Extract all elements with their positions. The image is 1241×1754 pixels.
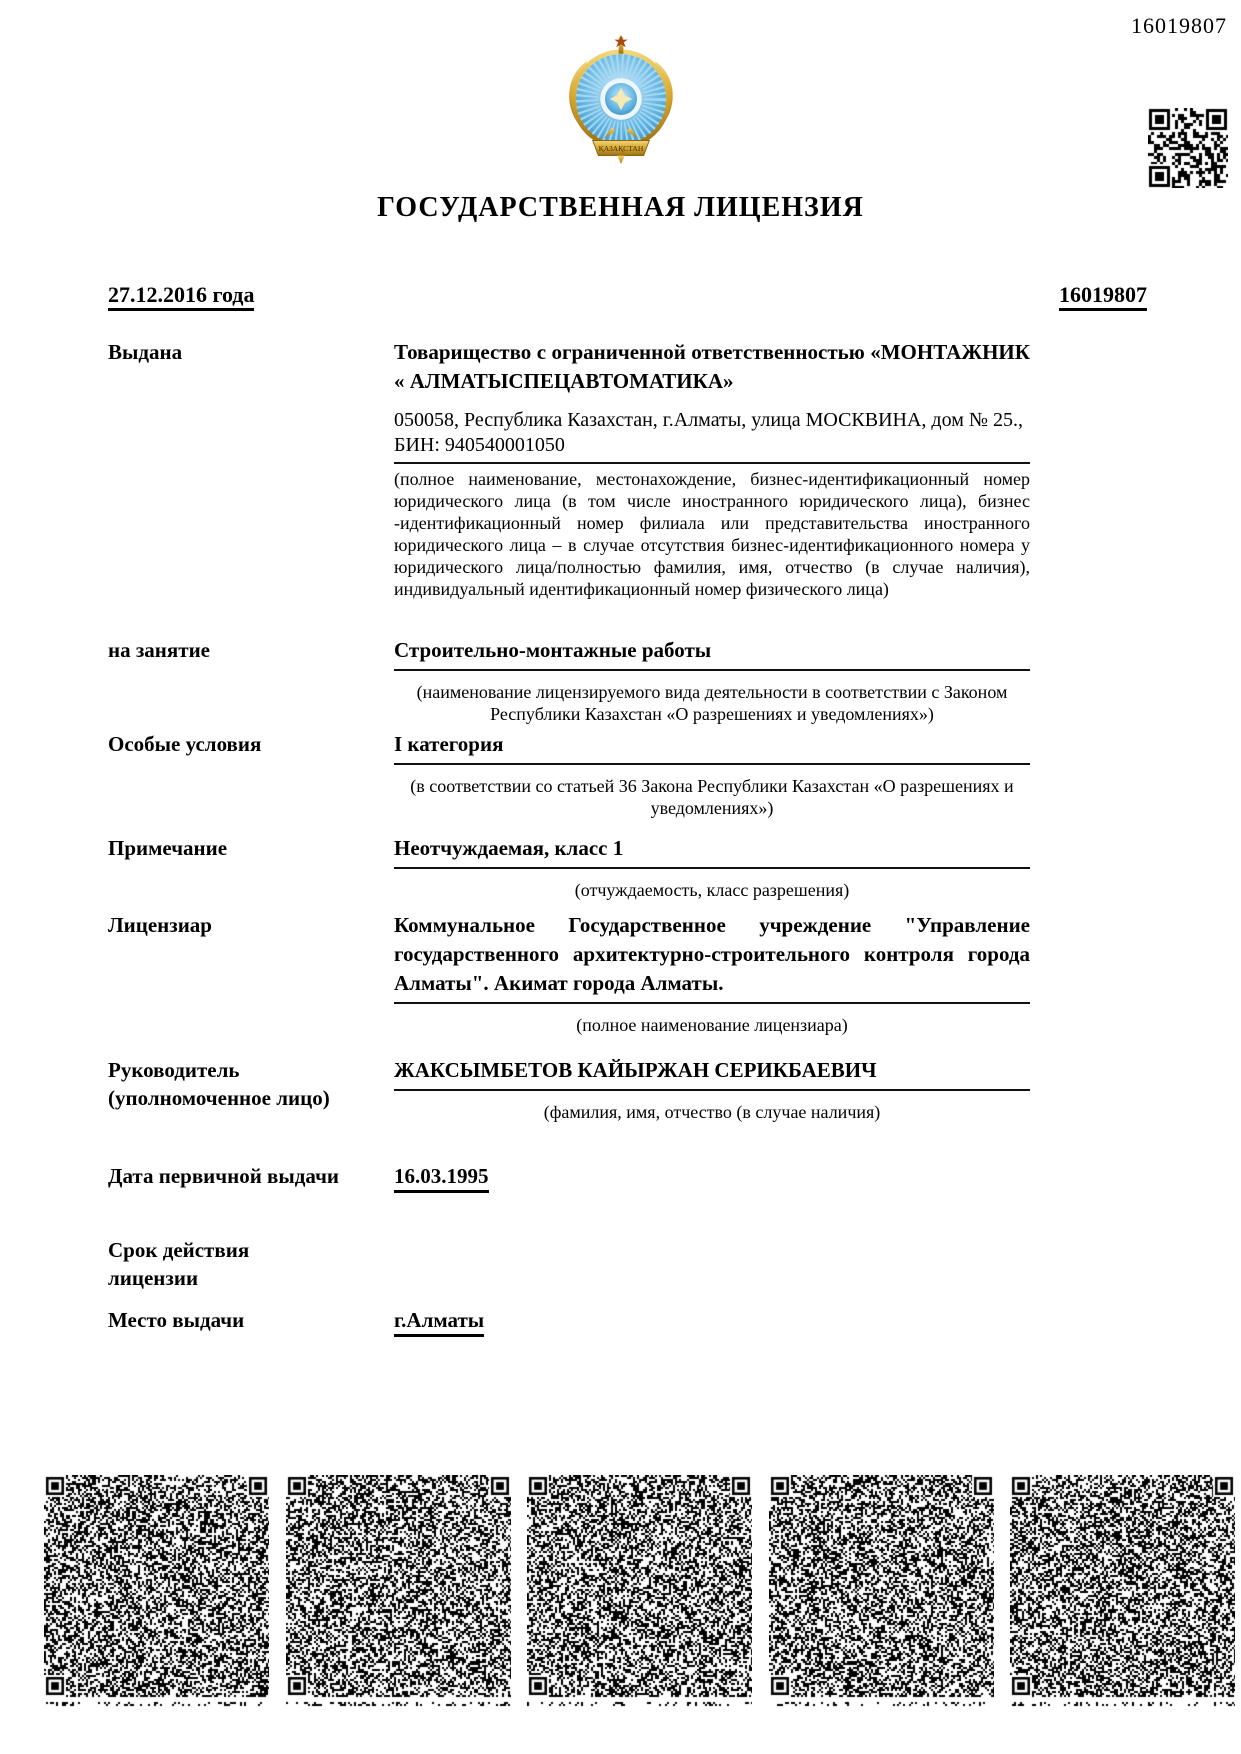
field-row-issue-place: Место выдачи г.Алматы bbox=[108, 1306, 1030, 1337]
field-note-issued-to: (полное наименование, местонахождение, б… bbox=[394, 468, 1030, 600]
field-note-activity: (наименование лицензируемого вида деятел… bbox=[394, 681, 1030, 725]
issue-date: 27.12.2016 года bbox=[108, 282, 254, 311]
first-issue-date-value: 16.03.1995 bbox=[394, 1162, 489, 1193]
divider-line bbox=[394, 462, 1030, 464]
licensee-address-line2: БИН: 940540001050 bbox=[394, 433, 1030, 458]
emblem-banner-text: ҚАЗАҚСТАН bbox=[599, 144, 644, 153]
field-label-activity: на занятие bbox=[108, 636, 394, 725]
field-row-head: Руководитель (уполномоченное лицо) ЖАКСЫ… bbox=[108, 1056, 1030, 1123]
field-note-licensor: (полное наименование лицензиара) bbox=[394, 1014, 1030, 1036]
licensee-address-line1: 050058, Республика Казахстан, г.Алматы, … bbox=[394, 408, 1030, 433]
barcode-block-icon bbox=[44, 1475, 269, 1707]
field-label-first-issue-date: Дата первичной выдачи bbox=[108, 1162, 394, 1193]
field-row-validity: Срок действия лицензии bbox=[108, 1236, 1030, 1292]
kazakhstan-coat-of-arms-icon: ҚАЗАҚСТАН bbox=[555, 33, 687, 165]
barcode-block-icon bbox=[286, 1475, 511, 1707]
document-number-top: 16019807 bbox=[1131, 13, 1227, 39]
field-label-licensor: Лицензиар bbox=[108, 911, 394, 1036]
qr-code-icon bbox=[1148, 108, 1228, 188]
field-row-first-issue-date: Дата первичной выдачи 16.03.1995 bbox=[108, 1162, 1030, 1193]
barcode-block-icon bbox=[1010, 1475, 1235, 1707]
field-note-head: (фамилия, имя, отчество (в случае наличи… bbox=[394, 1101, 1030, 1123]
barcode-block-icon bbox=[527, 1475, 752, 1707]
licensor-value: Коммунальное Государственное учреждение … bbox=[394, 911, 1030, 998]
issue-place-value: г.Алматы bbox=[394, 1306, 484, 1337]
field-label-issue-place: Место выдачи bbox=[108, 1306, 394, 1337]
document-title: ГОСУДАРСТВЕННАЯ ЛИЦЕНЗИЯ bbox=[0, 192, 1241, 224]
field-label-head: Руководитель (уполномоченное лицо) bbox=[108, 1056, 394, 1123]
license-document: 16019807 ҚАЗАҚСТАН ГОСУДАРСТВЕННАЯ ЛИЦЕН… bbox=[0, 0, 1241, 1754]
divider-line bbox=[394, 1002, 1030, 1004]
divider-line bbox=[394, 867, 1030, 869]
barcode-block-icon bbox=[769, 1475, 994, 1707]
field-row-special-conditions: Особые условия I категория (в соответств… bbox=[108, 730, 1030, 819]
license-number: 16019807 bbox=[1059, 282, 1147, 311]
licensee-name: Товарищество с ограниченной ответственно… bbox=[394, 338, 1030, 396]
field-row-issued-to: Выдана Товарищество с ограниченной ответ… bbox=[108, 338, 1030, 600]
field-note-special-conditions: (в соответствии со статьей 36 Закона Рес… bbox=[394, 775, 1030, 819]
field-label-remark: Примечание bbox=[108, 834, 394, 901]
field-label-special-conditions: Особые условия bbox=[108, 730, 394, 819]
divider-line bbox=[394, 763, 1030, 765]
field-row-licensor: Лицензиар Коммунальное Государственное у… bbox=[108, 911, 1030, 1036]
remark-value: Неотчуждаемая, класс 1 bbox=[394, 834, 1030, 863]
field-label-validity: Срок действия лицензии bbox=[108, 1236, 278, 1292]
divider-line bbox=[394, 1089, 1030, 1091]
field-row-remark: Примечание Неотчуждаемая, класс 1 (отчуж… bbox=[108, 834, 1030, 901]
barcode-row bbox=[44, 1475, 1235, 1707]
head-name: ЖАКСЫМБЕТОВ КАЙЫРЖАН СЕРИКБАЕВИЧ bbox=[394, 1056, 1030, 1085]
field-note-remark: (отчуждаемость, класс разрешения) bbox=[394, 879, 1030, 901]
special-conditions-value: I категория bbox=[394, 730, 1030, 759]
field-label-issued-to: Выдана bbox=[108, 338, 394, 600]
field-row-activity: на занятие Строительно-монтажные работы … bbox=[108, 636, 1030, 725]
activity-value: Строительно-монтажные работы bbox=[394, 636, 1030, 665]
divider-line bbox=[394, 669, 1030, 671]
